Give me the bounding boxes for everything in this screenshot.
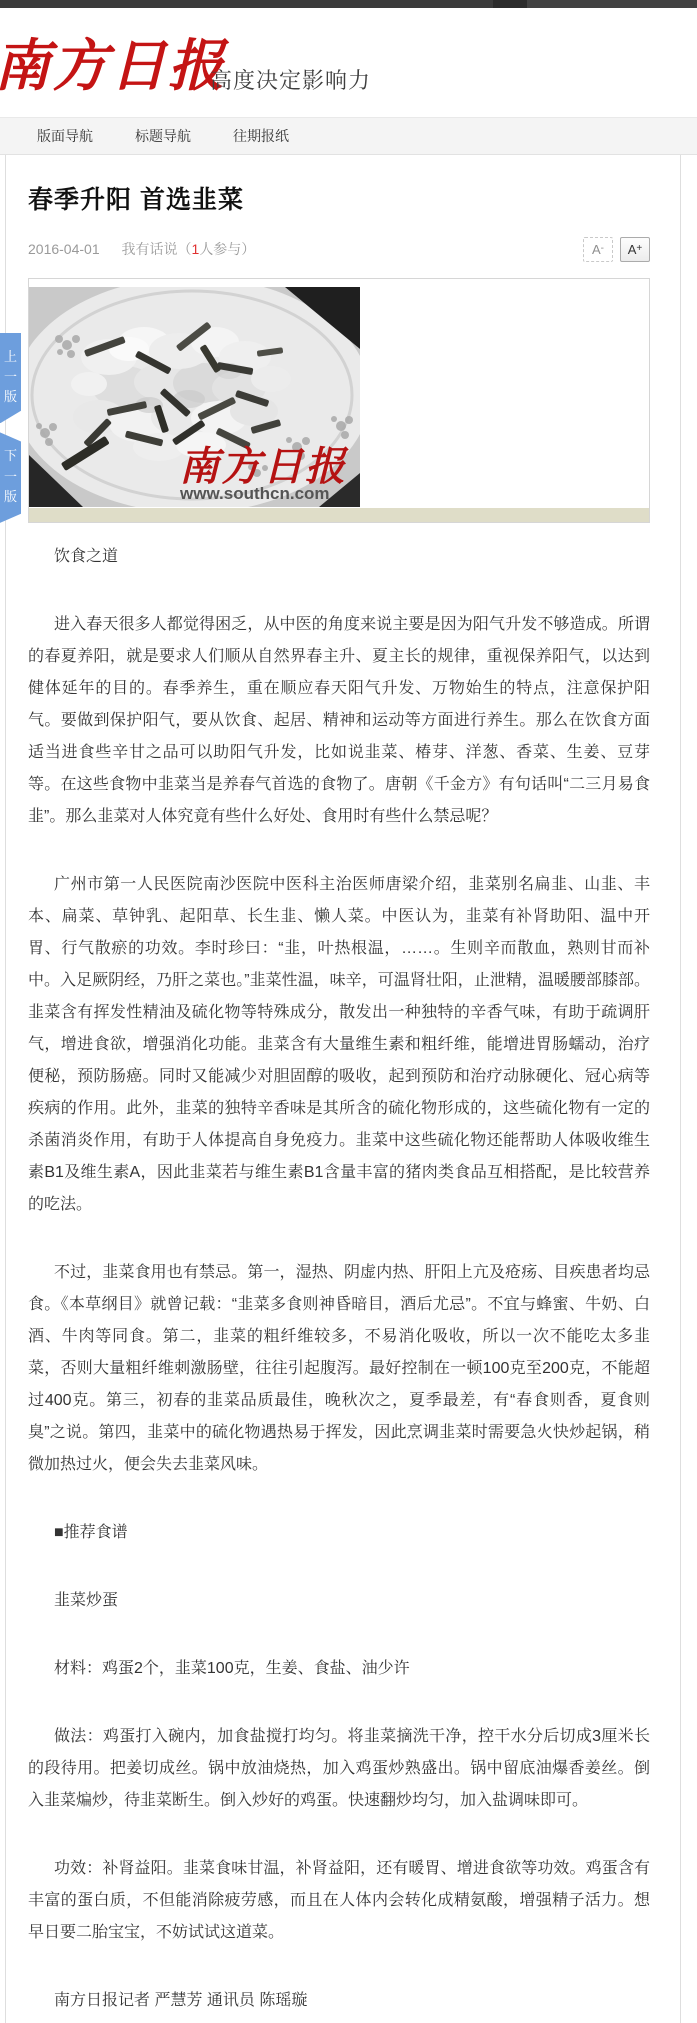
article-image-block: 南方日报 www.southcn.com [28,278,650,523]
site-header: 南方日报 高度决定影响力 [0,8,697,117]
article-meta: 2016-04-01 我有话说（1人参与） [28,239,255,259]
site-tagline: 高度决定影响力 [210,64,371,95]
article-meta-row: 2016-04-01 我有话说（1人参与） A- A+ [28,236,650,262]
next-page-tab[interactable]: 下一版 [0,432,21,522]
image-caption-strip [29,508,649,522]
recipe-steps: 做法：鸡蛋打入碗内，加食盐搅打均匀。将韭菜摘洗干净，控干水分后切成3厘米长的段待… [28,1721,650,1817]
article-paragraph: 进入春天很多人都觉得困乏，从中医的角度来说主要是因为阳气升发不够造成。所谓的春夏… [28,609,650,833]
font-size-controls: A- A+ [576,237,650,262]
site-logo[interactable]: 南方日报 [0,22,226,102]
article-byline: 南方日报记者 严慧芳 通讯员 陈瑶璇 [28,1985,650,2017]
top-bar-segment [527,0,697,8]
top-bar-segment [493,0,527,8]
article-paragraph: 广州市第一人民医院南沙医院中医科主治医师唐梁介绍，韭菜别名扁韭、山韭、丰本、扁菜… [28,869,650,1221]
photo-watermark-site: www.southcn.com [179,484,330,503]
nav-item-past-issues[interactable]: 往期报纸 [233,126,289,146]
photo-watermark-logo: 南方日报 [179,443,349,490]
page-container: 春季升阳 首选韭菜 2016-04-01 我有话说（1人参与） A- A+ [5,155,681,2023]
side-page-tabs: 上一版 下一版 [0,333,21,532]
nav-item-headline-navigation[interactable]: 标题导航 [135,126,191,146]
recipe-dish-name: 韭菜炒蛋 [28,1585,650,1617]
article: 春季升阳 首选韭菜 2016-04-01 我有话说（1人参与） A- A+ [28,180,650,2017]
comments-link[interactable]: 我有话说（1人参与） [122,241,256,257]
main-navbar: 版面导航 标题导航 往期报纸 [0,117,697,155]
font-larger-button[interactable]: A+ [620,237,650,262]
section-label: 饮食之道 [28,541,650,573]
font-smaller-button[interactable]: A- [583,237,613,262]
recipe-effects: 功效：补肾益阳。韭菜食味甘温，补肾益阳，还有暖胃、增进食欲等功效。鸡蛋含有丰富的… [28,1853,650,1949]
nav-item-page-navigation[interactable]: 版面导航 [37,126,93,146]
article-paragraph: 不过，韭菜食用也有禁忌。第一，湿热、阴虚内热、肝阳上亢及疮疡、目疾患者均忌食。《… [28,1257,650,1481]
recipe-section-header: ■推荐食谱 [28,1517,650,1549]
recipe-ingredients: 材料：鸡蛋2个，韭菜100克，生姜、食盐、油少许 [28,1653,650,1685]
article-date: 2016-04-01 [28,241,100,257]
browser-top-bar [0,0,697,8]
article-title: 春季升阳 首选韭菜 [28,180,650,216]
previous-page-tab[interactable]: 上一版 [0,333,21,423]
article-photo: 南方日报 www.southcn.com [29,287,360,507]
